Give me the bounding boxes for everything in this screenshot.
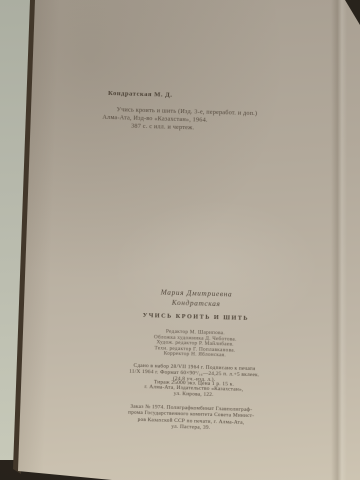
catalog-line-3: 387 с. с илл. и чертеж.	[131, 123, 194, 132]
catalog-author: Кондратская М. Д.	[108, 90, 173, 99]
colophon-text-layer: Кондратская М. Д. Учись кроить и шить (И…	[0, 0, 360, 480]
printing-order-block: Заказ № 1974. Полиграфкомбинат Главполиг…	[29, 401, 354, 436]
photo-background: Кондратская М. Д. Учись кроить и шить (И…	[0, 0, 360, 480]
credits-block: Редактор М. Шарипова. Обложка художника …	[33, 326, 358, 363]
book-title: УЧИСЬ КРОИТЬ И ШИТЬ	[34, 309, 358, 325]
book-page: Кондратская М. Д. Учись кроить и шить (И…	[0, 0, 360, 480]
